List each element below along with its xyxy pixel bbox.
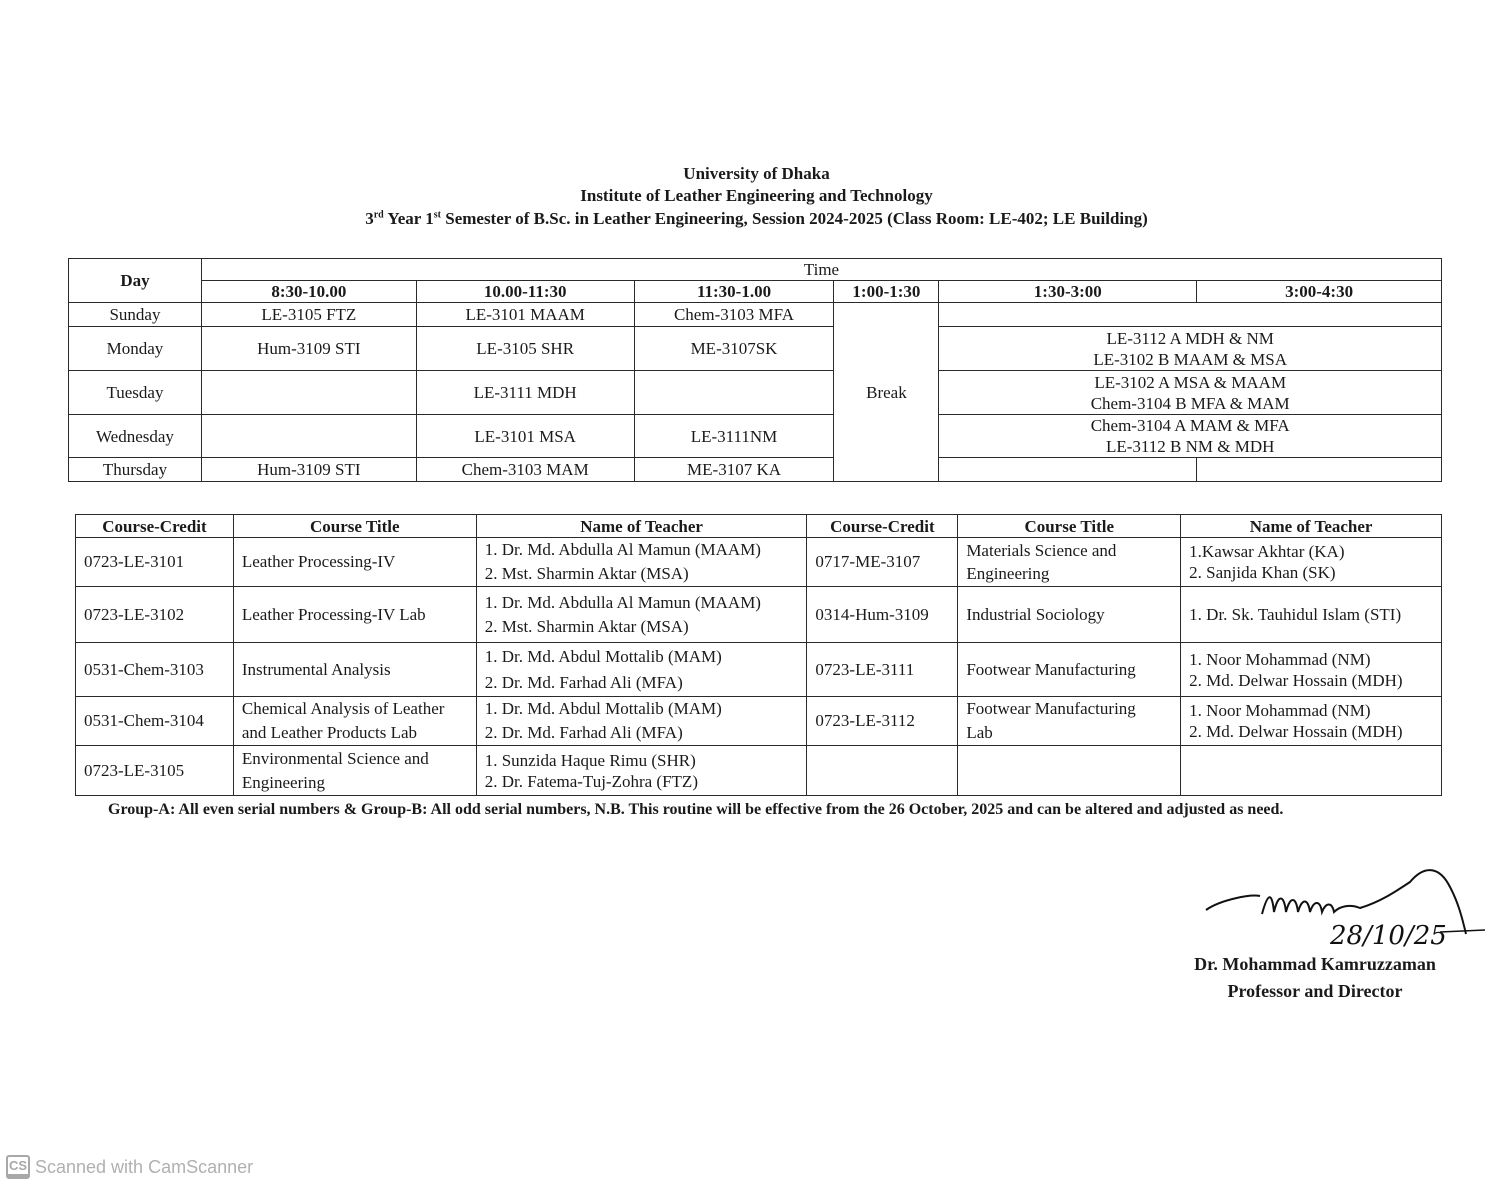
class-cell: Hum-3109 STI — [201, 458, 416, 482]
course-row: 0723-LE-3101 Leather Processing-IV 1. Dr… — [76, 538, 1442, 587]
course-title: Leather Processing-IV Lab — [233, 587, 476, 643]
afternoon-cell: Chem-3104 A MAM & MFALE-3112 B NM & MDH — [939, 415, 1442, 458]
day-cell: Monday — [69, 327, 202, 371]
course-title — [958, 746, 1181, 796]
afternoon-cell — [1197, 458, 1442, 482]
day-header: Day — [69, 259, 202, 303]
col-header: Course Title — [233, 515, 476, 538]
slot-header: 11:30-1.00 — [634, 281, 834, 303]
class-routine-table: Day Time 8:30-10.00 10.00-11:30 11:30-1.… — [68, 258, 1442, 482]
course-title: Environmental Science andEngineering — [233, 746, 476, 796]
course-code: 0723-LE-3105 — [76, 746, 234, 796]
course-title: Leather Processing-IV — [233, 538, 476, 587]
col-header: Name of Teacher — [1181, 515, 1442, 538]
watermark-text: Scanned with CamScanner — [35, 1157, 253, 1178]
teachers: 1. Dr. Md. Abdul Mottalib (MAM)2. Dr. Md… — [476, 643, 807, 697]
class-cell: LE-3111 MDH — [416, 371, 634, 415]
course-code: 0531-Chem-3104 — [76, 697, 234, 746]
class-cell — [634, 371, 834, 415]
course-row: 0723-LE-3105 Environmental Science andEn… — [76, 746, 1442, 796]
course-code: 0723-LE-3112 — [807, 697, 958, 746]
slot-header: 10.00-11:30 — [416, 281, 634, 303]
col-header: Course-Credit — [807, 515, 958, 538]
day-cell: Wednesday — [69, 415, 202, 458]
class-cell: LE-3101 MAAM — [416, 303, 634, 327]
day-cell: Thursday — [69, 458, 202, 482]
col-header: Course-Credit — [76, 515, 234, 538]
institute-name: Institute of Leather Engineering and Tec… — [5, 186, 1503, 206]
afternoon-cell — [939, 458, 1197, 482]
class-cell: Hum-3109 STI — [201, 327, 416, 371]
class-cell: LE-3105 SHR — [416, 327, 634, 371]
teachers: 1. Dr. Md. Abdul Mottalib (MAM)2. Dr. Md… — [476, 697, 807, 746]
course-title: Footwear Manufacturing — [958, 643, 1181, 697]
time-header: Time — [201, 259, 1441, 281]
routine-row: Sunday LE-3105 FTZ LE-3101 MAAM Chem-310… — [69, 303, 1442, 327]
teachers: 1. Dr. Md. Abdulla Al Mamun (MAAM)2. Mst… — [476, 538, 807, 587]
course-row: 0723-LE-3102 Leather Processing-IV Lab 1… — [76, 587, 1442, 643]
course-code: 0723-LE-3102 — [76, 587, 234, 643]
course-code: 0717-ME-3107 — [807, 538, 958, 587]
course-code: 0314-Hum-3109 — [807, 587, 958, 643]
course-code: 0723-LE-3111 — [807, 643, 958, 697]
camscanner-watermark: CS Scanned with CamScanner — [6, 1155, 253, 1179]
routine-row: Thursday Hum-3109 STI Chem-3103 MAM ME-3… — [69, 458, 1442, 482]
afternoon-cell: LE-3102 A MSA & MAAMChem-3104 B MFA & MA… — [939, 371, 1442, 415]
class-cell: Chem-3103 MFA — [634, 303, 834, 327]
col-header: Name of Teacher — [476, 515, 807, 538]
teachers: 1. Dr. Md. Abdulla Al Mamun (MAAM)2. Mst… — [476, 587, 807, 643]
class-cell — [201, 371, 416, 415]
day-cell: Tuesday — [69, 371, 202, 415]
teachers: 1.Kawsar Akhtar (KA)2. Sanjida Khan (SK) — [1181, 538, 1442, 587]
university-name: University of Dhaka — [5, 164, 1503, 184]
course-title: Materials Science andEngineering — [958, 538, 1181, 587]
course-teacher-table: Course-Credit Course Title Name of Teach… — [75, 514, 1442, 796]
slot-header: 8:30-10.00 — [201, 281, 416, 303]
course-row: 0531-Chem-3104 Chemical Analysis of Leat… — [76, 697, 1442, 746]
class-cell: LE-3105 FTZ — [201, 303, 416, 327]
teachers: 1. Sunzida Haque Rimu (SHR)2. Dr. Fatema… — [476, 746, 807, 796]
routine-row: Tuesday LE-3111 MDH LE-3102 A MSA & MAAM… — [69, 371, 1442, 415]
teachers: 1. Dr. Sk. Tauhidul Islam (STI) — [1181, 587, 1442, 643]
class-cell: Chem-3103 MAM — [416, 458, 634, 482]
signatory-title: Professor and Director — [1150, 978, 1480, 1005]
group-note: Group-A: All even serial numbers & Group… — [108, 797, 1368, 823]
teachers — [1181, 746, 1442, 796]
slot-header: 3:00-4:30 — [1197, 281, 1442, 303]
course-row: 0531-Chem-3103 Instrumental Analysis 1. … — [76, 643, 1442, 697]
camscanner-logo-icon: CS — [6, 1155, 30, 1179]
class-cell: ME-3107 KA — [634, 458, 834, 482]
class-cell: LE-3101 MSA — [416, 415, 634, 458]
teachers: 1. Noor Mohammad (NM)2. Md. Delwar Hossa… — [1181, 697, 1442, 746]
afternoon-cell — [939, 303, 1442, 327]
slot-header: 1:00-1:30 — [834, 281, 939, 303]
course-title: Instrumental Analysis — [233, 643, 476, 697]
course-code — [807, 746, 958, 796]
day-cell: Sunday — [69, 303, 202, 327]
svg-text:28/10/25: 28/10/25 — [1329, 921, 1447, 951]
program-title: 3rd Year 1st Semester of B.Sc. in Leathe… — [5, 209, 1503, 229]
course-title: Industrial Sociology — [958, 587, 1181, 643]
class-cell — [201, 415, 416, 458]
course-title: Chemical Analysis of Leatherand Leather … — [233, 697, 476, 746]
afternoon-cell: LE-3112 A MDH & NMLE-3102 B MAAM & MSA — [939, 327, 1442, 371]
course-code: 0723-LE-3101 — [76, 538, 234, 587]
course-code: 0531-Chem-3103 — [76, 643, 234, 697]
break-cell: Break — [834, 303, 939, 482]
class-cell: ME-3107SK — [634, 327, 834, 371]
teachers: 1. Noor Mohammad (NM)2. Md. Delwar Hossa… — [1181, 643, 1442, 697]
routine-row: Monday Hum-3109 STI LE-3105 SHR ME-3107S… — [69, 327, 1442, 371]
col-header: Course Title — [958, 515, 1181, 538]
routine-row: Wednesday LE-3101 MSA LE-3111NM Chem-310… — [69, 415, 1442, 458]
signatory-name: Dr. Mohammad Kamruzzaman — [1150, 951, 1480, 978]
signature-icon: 28/10/25 — [1200, 862, 1490, 952]
signatory: Dr. Mohammad Kamruzzaman Professor and D… — [1150, 951, 1480, 1005]
class-cell: LE-3111NM — [634, 415, 834, 458]
slot-header: 1:30-3:00 — [939, 281, 1197, 303]
course-title: Footwear ManufacturingLab — [958, 697, 1181, 746]
